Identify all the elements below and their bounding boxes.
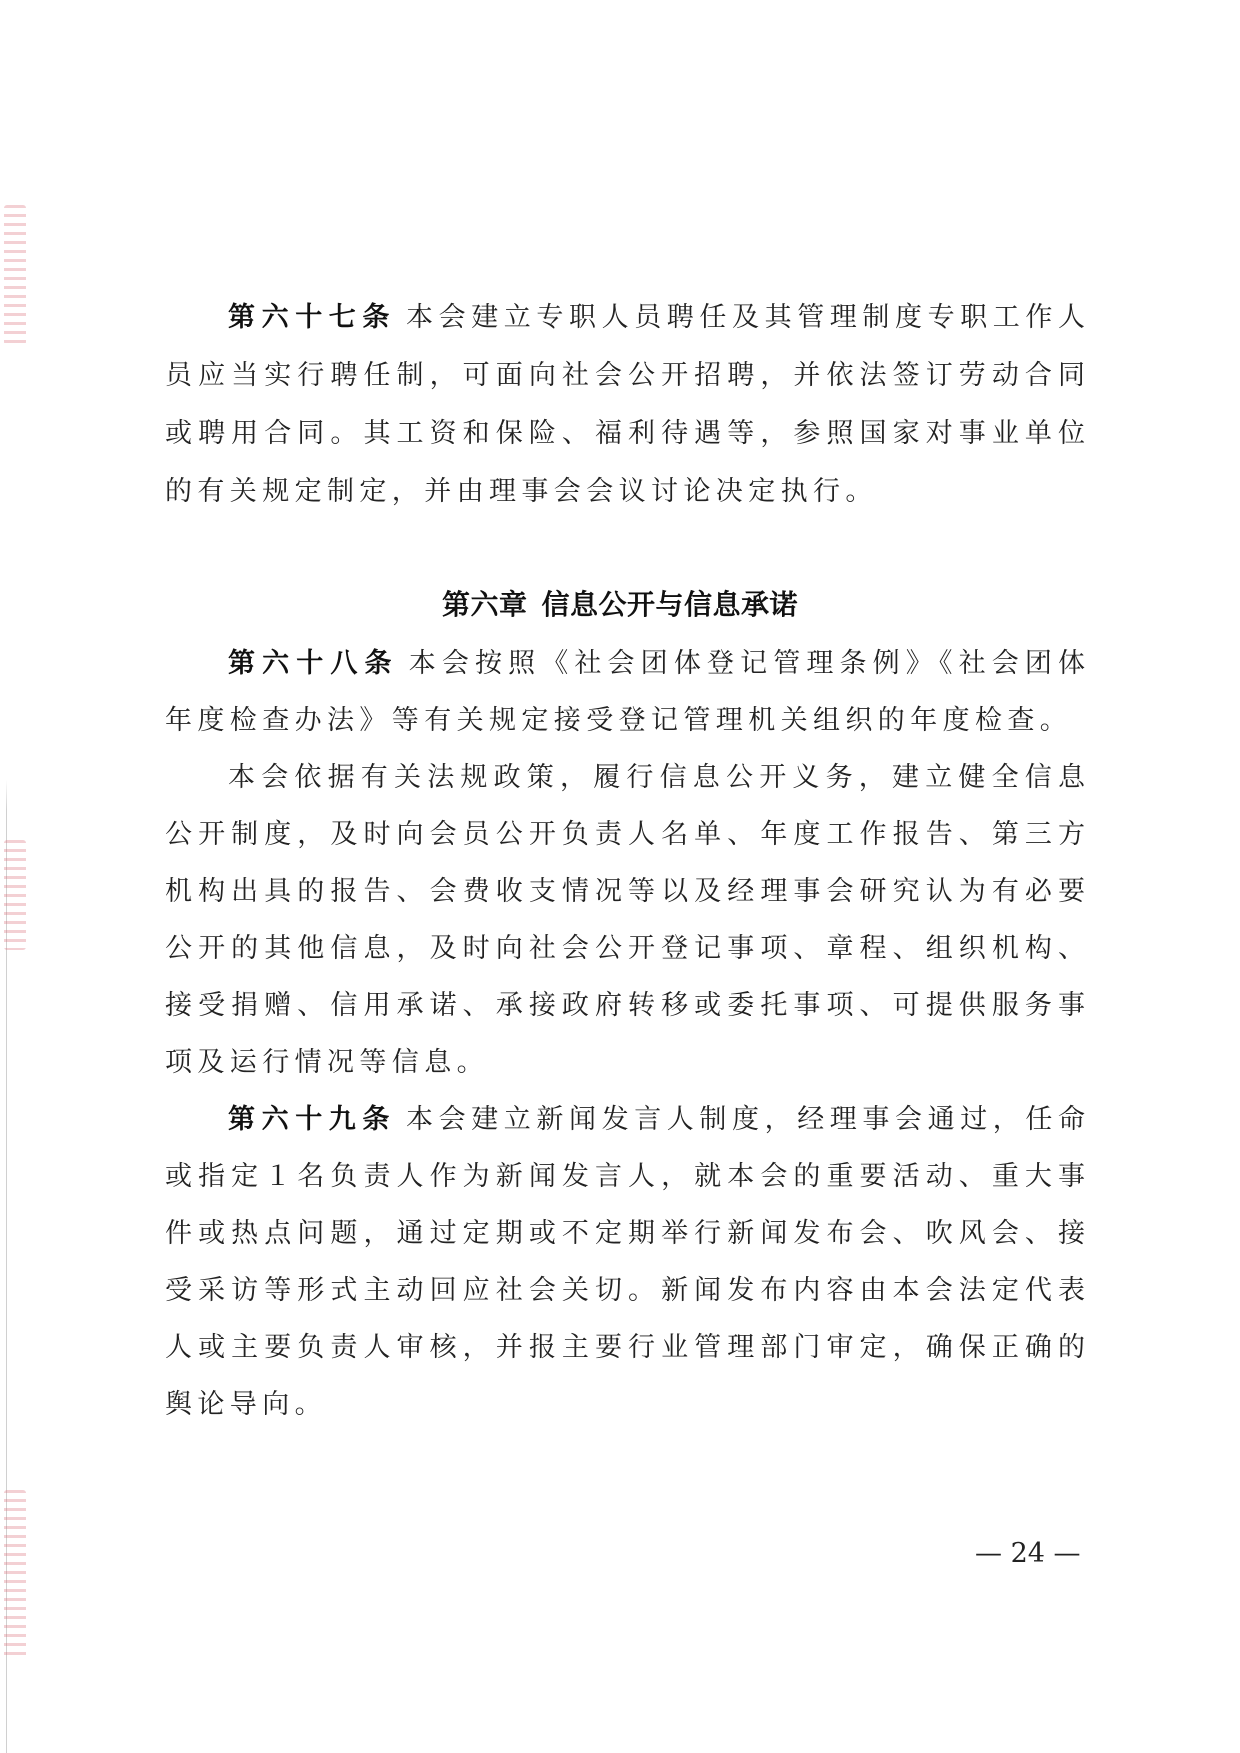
article-69-line-5: 人或主要负责人审核，并报主要行业管理部门审定，确保正确的 [165, 1319, 1085, 1377]
article-68-line-2: 年度检查办法》等有关规定接受登记管理机关组织的年度检查。 [165, 692, 1085, 750]
seal-fragment-bottom [4, 1490, 26, 1660]
article-68-label: 第六十八条 [228, 648, 399, 679]
article-69-text-1: 本会建立新闻发言人制度，经理事会通过，任命 [406, 1104, 1085, 1135]
article-69-line-3: 件或热点问题，通过定期或不定期举行新闻发布会、吹风会、接 [165, 1205, 1085, 1263]
document-page: 第六十七条本会建立专职人员聘任及其管理制度专职工作人 员应当实行聘任制，可面向社… [0, 0, 1240, 1753]
chapter-number: 第六章 [442, 588, 528, 621]
article-68-para2-line-1: 本会依据有关法规政策，履行信息公开义务，建立健全信息 [165, 749, 1085, 807]
article-68-para2-line-3: 机构出具的报告、会费收支情况等以及经理事会研究认为有必要 [165, 863, 1085, 921]
seal-fragment-top [4, 205, 26, 345]
article-67-line-1: 第六十七条本会建立专职人员聘任及其管理制度专职工作人 [165, 289, 1085, 347]
article-67-line-4: 的有关规定制定，并由理事会会议讨论决定执行。 [165, 463, 1085, 521]
article-67-line-3: 或聘用合同。其工资和保险、福利待遇等，参照国家对事业单位 [165, 405, 1085, 463]
article-67-label: 第六十七条 [228, 302, 396, 333]
article-68-para2-line-6: 项及运行情况等信息。 [165, 1034, 1085, 1092]
article-68-para2-line-2: 公开制度，及时向会员公开负责人名单、年度工作报告、第三方 [165, 806, 1085, 864]
chapter-title: 信息公开与信息承诺 [542, 588, 799, 621]
article-69-line-2: 或指定１名负责人作为新闻发言人，就本会的重要活动、重大事 [165, 1148, 1085, 1206]
chapter-heading: 第六章信息公开与信息承诺 [0, 576, 1240, 634]
article-68-para2-line-4: 公开的其他信息，及时向社会公开登记事项、章程、组织机构、 [165, 920, 1085, 978]
article-68-para2-line-5: 接受捐赠、信用承诺、承接政府转移或委托事项、可提供服务事 [165, 977, 1085, 1035]
article-69-line-1: 第六十九条本会建立新闻发言人制度，经理事会通过，任命 [165, 1091, 1085, 1149]
article-68-line-1: 第六十八条本会按照《社会团体登记管理条例》《社会团体 [165, 635, 1085, 693]
article-67-line-2: 员应当实行聘任制，可面向社会公开招聘，并依法签订劳动合同 [165, 347, 1085, 405]
seal-fragment-middle [4, 840, 26, 950]
article-67-text-1: 本会建立专职人员聘任及其管理制度专职工作人 [406, 302, 1085, 333]
article-69-label: 第六十九条 [228, 1104, 396, 1135]
article-69-line-4: 受采访等形式主动回应社会关切。新闻发布内容由本会法定代表 [165, 1262, 1085, 1320]
page-number: — 24 — [975, 1538, 1081, 1569]
article-68-text-1: 本会按照《社会团体登记管理条例》《社会团体 [409, 648, 1085, 679]
article-69-line-6: 舆论导向。 [165, 1376, 1085, 1434]
